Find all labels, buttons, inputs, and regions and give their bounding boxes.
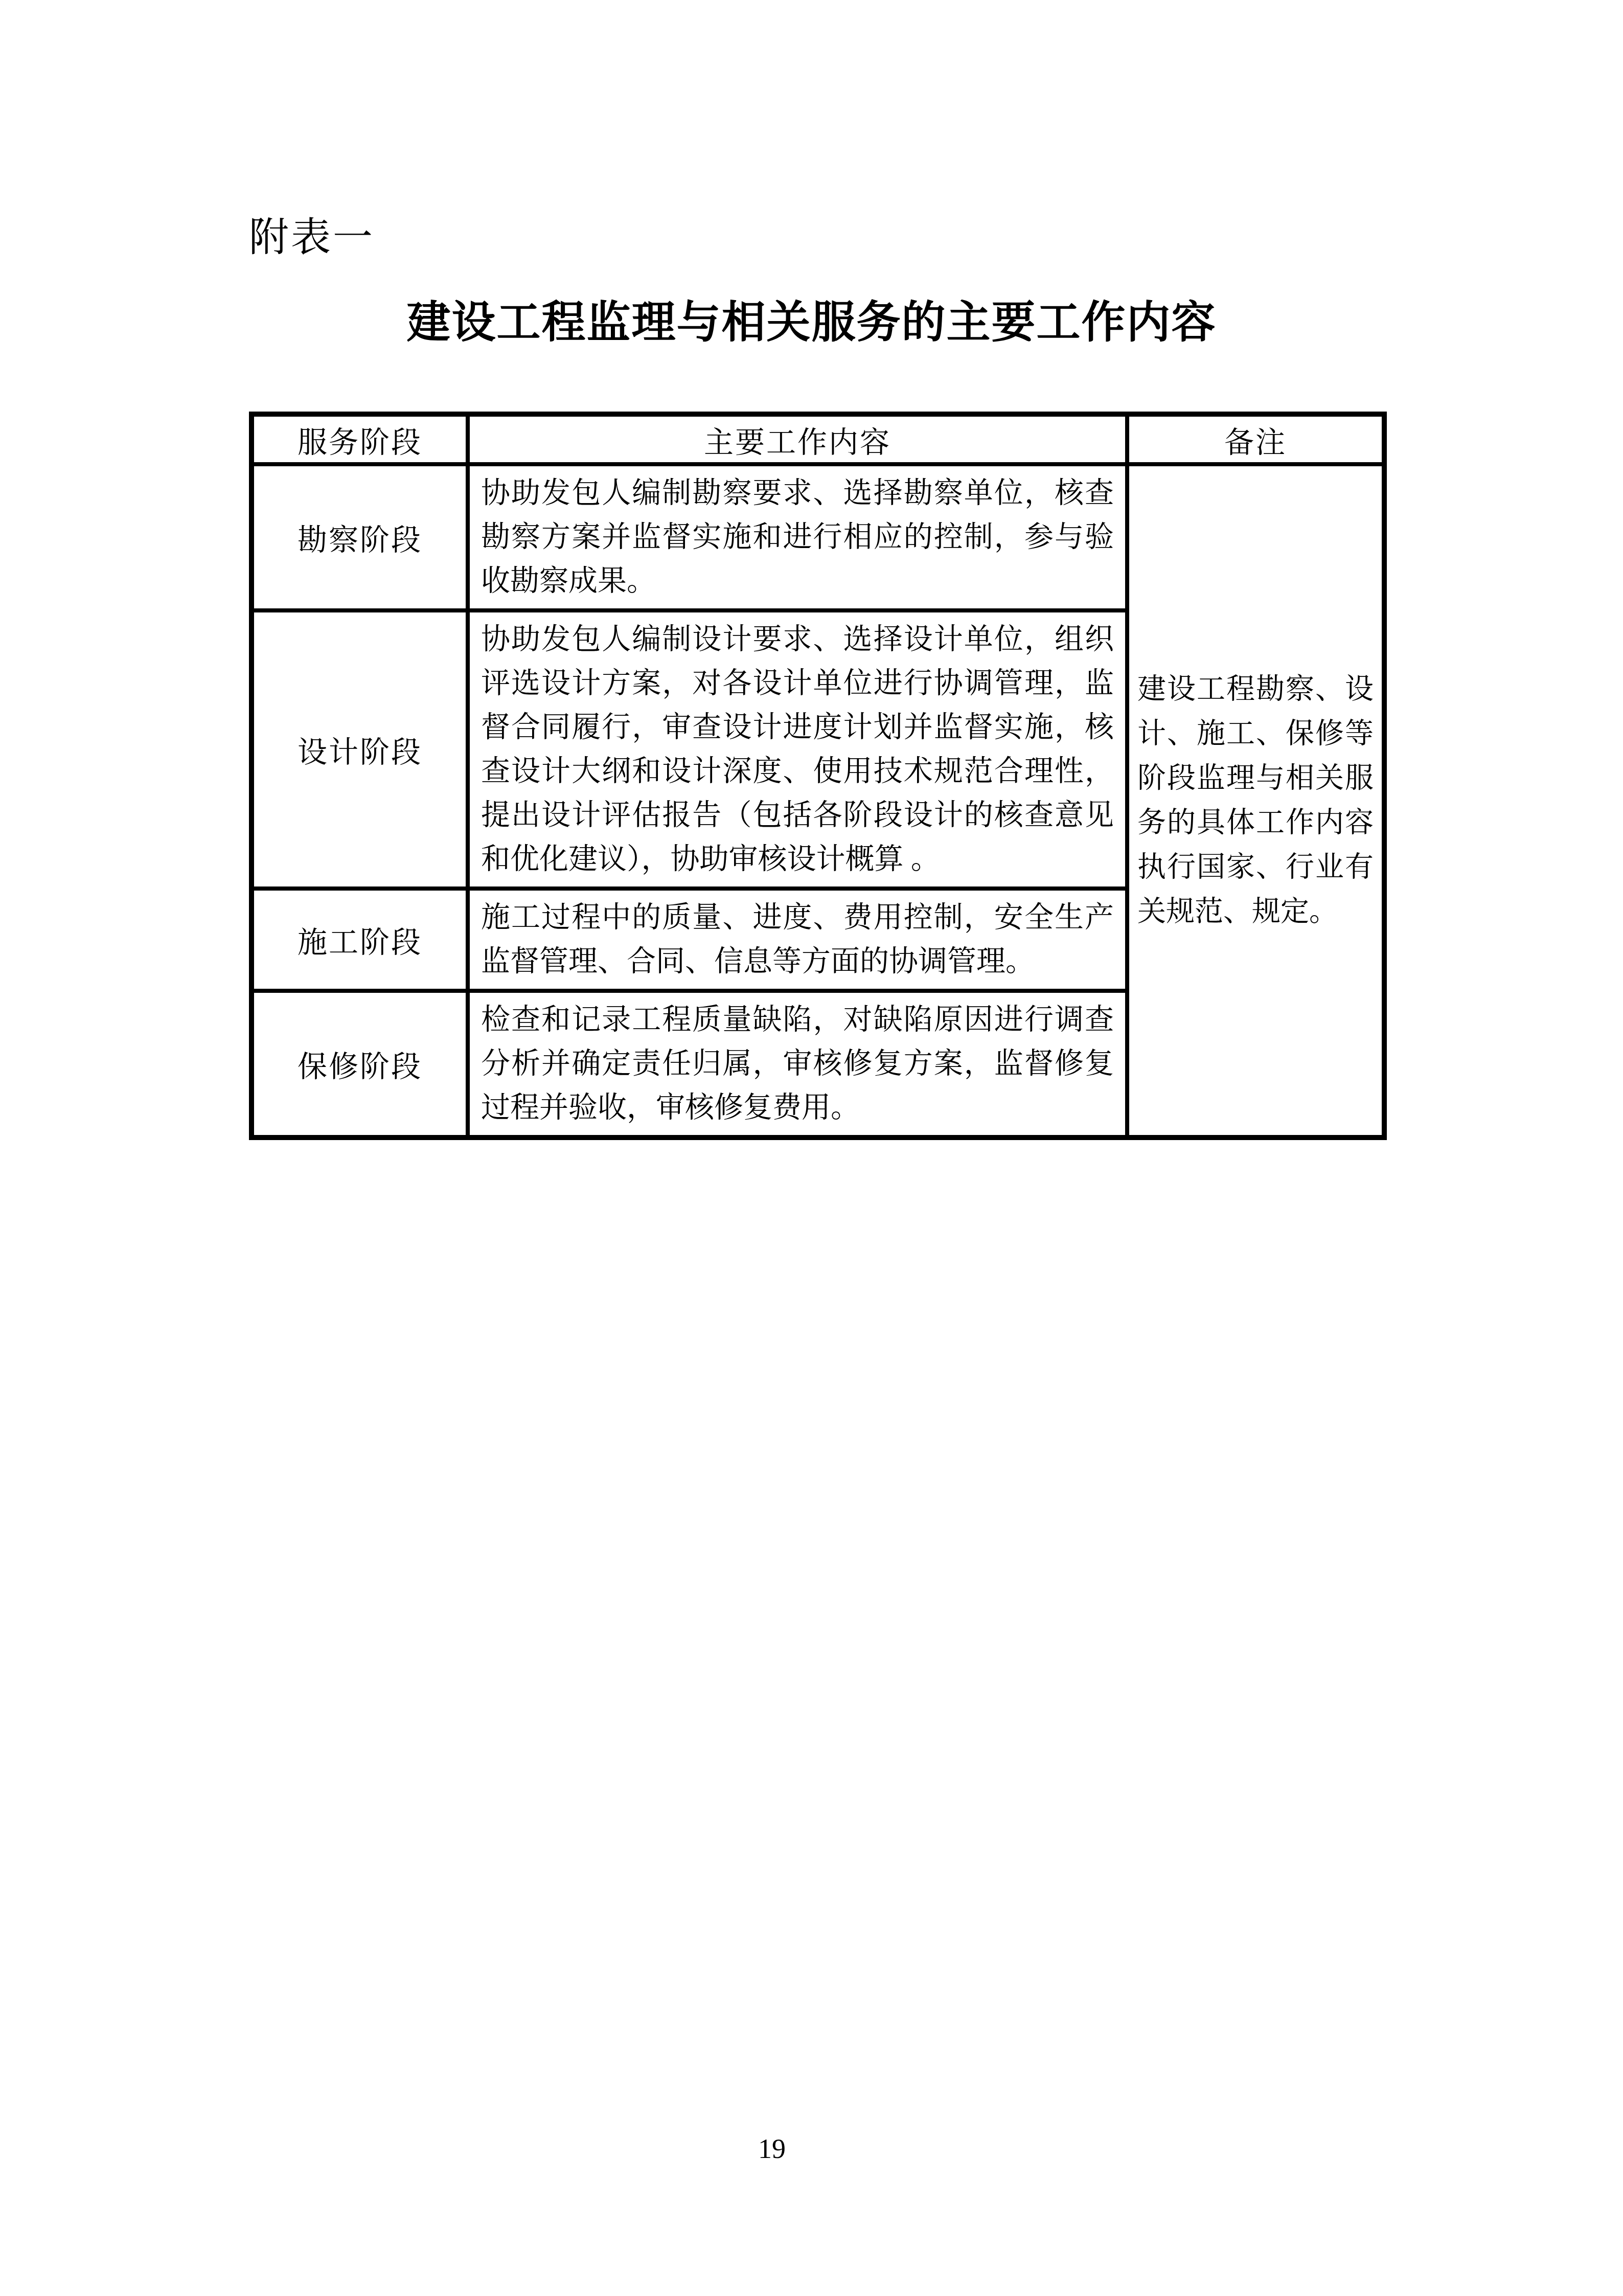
document-page: 附表一 建设工程监理与相关服务的主要工作内容 服务阶段 主要工作内容 备注 勘察…	[0, 0, 1623, 2296]
content-cell-survey: 协助发包人编制勘察要求、选择勘察单位，核查勘察方案并监督实施和进行相应的控制，参…	[468, 464, 1127, 610]
stage-cell-design: 设计阶段	[252, 610, 468, 889]
remark-cell: 建设工程勘察、设计、施工、保修等阶段监理与相关服务的具体工作内容执行国家、行业有…	[1127, 464, 1384, 1138]
table-row-survey-stage: 勘察阶段 协助发包人编制勘察要求、选择勘察单位，核查勘察方案并监督实施和进行相应…	[252, 464, 1384, 610]
content-cell-warranty: 检查和记录工程质量缺陷，对缺陷原因进行调查分析并确定责任归属，审核修复方案，监督…	[468, 991, 1127, 1138]
header-cell-service-stage: 服务阶段	[252, 414, 468, 464]
appendix-label: 附表一	[249, 216, 375, 260]
page-number: 19	[659, 2133, 884, 2165]
stage-cell-survey: 勘察阶段	[252, 464, 468, 610]
content-cell-design: 协助发包人编制设计要求、选择设计单位，组织评选设计方案，对各设计单位进行协调管理…	[468, 610, 1127, 889]
stage-cell-construction: 施工阶段	[252, 889, 468, 991]
content-cell-construction: 施工过程中的质量、进度、费用控制，安全生产监督管理、合同、信息等方面的协调管理。	[468, 889, 1127, 991]
header-cell-main-work-content: 主要工作内容	[468, 414, 1127, 464]
stage-cell-warranty: 保修阶段	[252, 991, 468, 1138]
header-cell-remark: 备注	[1127, 414, 1384, 464]
work-content-table: 服务阶段 主要工作内容 备注 勘察阶段 协助发包人编制勘察要求、选择勘察单位，核…	[249, 412, 1387, 1140]
page-title: 建设工程监理与相关服务的主要工作内容	[0, 295, 1623, 351]
table-header-row: 服务阶段 主要工作内容 备注	[252, 414, 1384, 464]
